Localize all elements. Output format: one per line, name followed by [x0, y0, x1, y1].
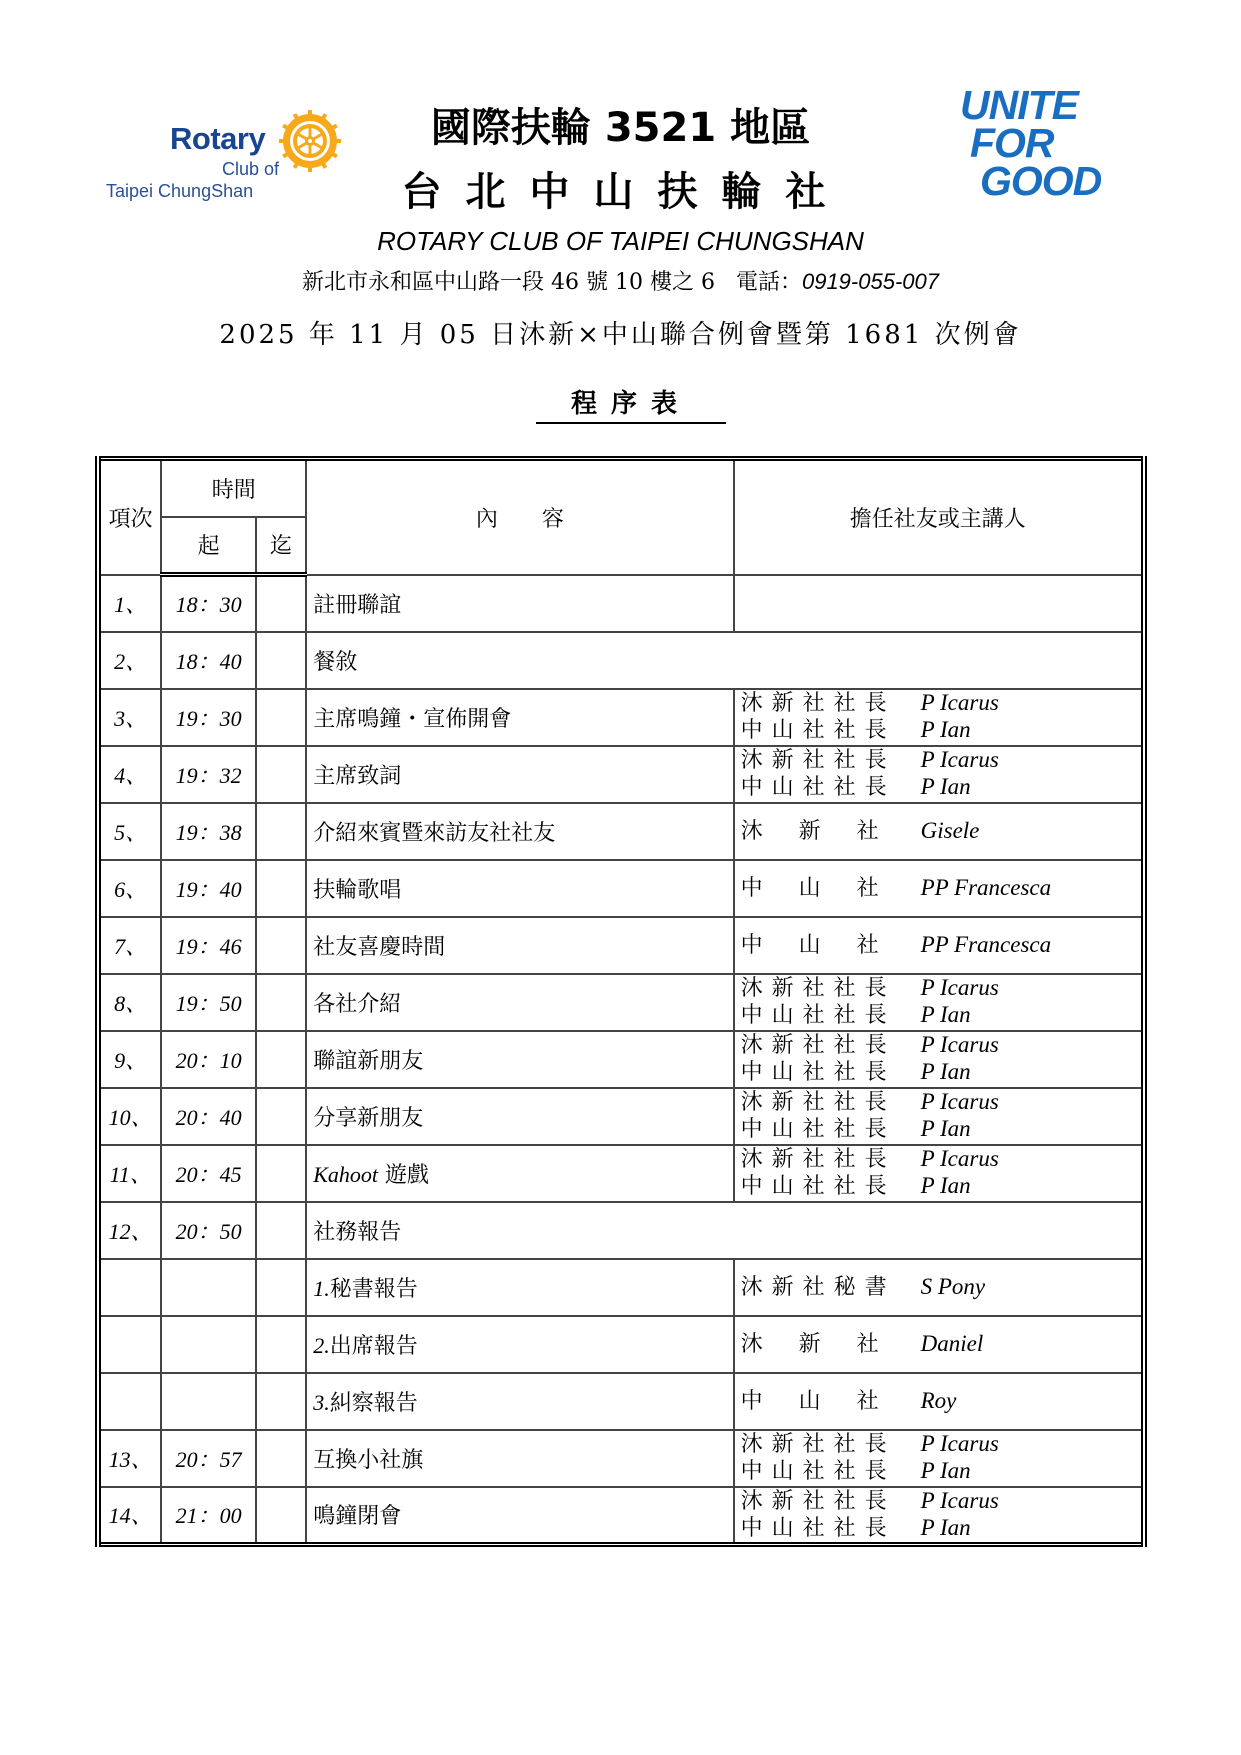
person-name: P Icarus: [921, 1488, 999, 1513]
person-role: 中山社社長: [741, 1117, 921, 1143]
agenda-content: 扶輪歌唱: [306, 860, 733, 917]
person-line: 沐新社社長P Icarus: [741, 975, 1137, 1002]
content-text: 分享新朋友: [313, 1106, 423, 1131]
responsible-person: 沐新社社長P Icarus中山社社長P Ian: [734, 1145, 1144, 1202]
start-time: [161, 1316, 256, 1373]
person-role: 沐新社社長: [741, 976, 921, 1002]
person-role: 中山社社長: [741, 718, 921, 744]
address: 新北市永和區中山路一段 46 號 10 樓之 6: [302, 270, 715, 295]
person-role: 中山社: [741, 876, 921, 902]
content-text: 遊戲: [385, 1163, 429, 1188]
end-time: [256, 1088, 306, 1145]
item-number: 7、: [98, 917, 161, 974]
item-number: 9、: [98, 1031, 161, 1088]
item-number: 11、: [98, 1145, 161, 1202]
person-line: 中山社PP Francesca: [741, 932, 1137, 959]
person-name: P Ian: [921, 717, 971, 742]
start-time: 19：32: [161, 746, 256, 803]
table-row: 1、18：30註冊聯誼: [98, 575, 1144, 632]
responsible-person: 沐新社社長P Icarus中山社社長P Ian: [734, 1487, 1144, 1545]
person-line: 中山社社長P Ian: [741, 1059, 1137, 1086]
header-person: 擔任社友或主講人: [734, 459, 1144, 575]
table-row: 1.秘書報告沐新社秘書S Pony: [98, 1259, 1144, 1316]
person-line: 沐新社社長P Icarus: [741, 1431, 1137, 1458]
item-number: 5、: [98, 803, 161, 860]
responsible-person: 沐新社社長P Icarus中山社社長P Ian: [734, 1430, 1144, 1487]
person-line: 中山社社長P Ian: [741, 1116, 1137, 1143]
person-role: 中山社: [741, 933, 921, 959]
agenda-content: 分享新朋友: [306, 1088, 733, 1145]
end-time: [256, 746, 306, 803]
item-number: 8、: [98, 974, 161, 1031]
responsible-person: 中山社PP Francesca: [734, 917, 1144, 974]
table-row: 4、19：32主席致詞沐新社社長P Icarus中山社社長P Ian: [98, 746, 1144, 803]
end-time: [256, 860, 306, 917]
person-name: PP Francesca: [921, 875, 1052, 900]
end-time: [256, 1259, 306, 1316]
end-time: [256, 803, 306, 860]
agenda-content: 聯誼新朋友: [306, 1031, 733, 1088]
person-line: 中山社社長P Ian: [741, 1458, 1137, 1485]
end-time: [256, 1487, 306, 1545]
person-role: 沐新社社長: [741, 1090, 921, 1116]
person-role: 中山社社長: [741, 775, 921, 801]
content-text: 各社介紹: [313, 992, 401, 1017]
start-time: 19：46: [161, 917, 256, 974]
content-prefix: 1.: [313, 1276, 330, 1301]
person-name: P Icarus: [921, 1431, 999, 1456]
phone-label: 電話：: [736, 270, 802, 295]
item-number: [98, 1316, 161, 1373]
start-time: 18：30: [161, 575, 256, 632]
end-time: [256, 1316, 306, 1373]
person-name: P Ian: [921, 1059, 971, 1084]
person-role: 中山社社長: [741, 1060, 921, 1086]
agenda-content: 各社介紹: [306, 974, 733, 1031]
table-row: 12、20：50社務報告: [98, 1202, 1144, 1259]
end-time: [256, 1145, 306, 1202]
item-number: 6、: [98, 860, 161, 917]
header-content: 內 容: [306, 459, 733, 575]
content-text: 互換小社旗: [313, 1448, 423, 1473]
agenda-content: 鳴鐘閉會: [306, 1487, 733, 1545]
table-row: 8、19：50各社介紹沐新社社長P Icarus中山社社長P Ian: [98, 974, 1144, 1031]
responsible-person: 中山社Roy: [734, 1373, 1144, 1430]
person-role: 沐新社社長: [741, 1033, 921, 1059]
table-row: 13、20：57互換小社旗沐新社社長P Icarus中山社社長P Ian: [98, 1430, 1144, 1487]
person-role: 沐新社社長: [741, 1147, 921, 1173]
start-time: 20：45: [161, 1145, 256, 1202]
table-row: 11、20：45Kahoot 遊戲沐新社社長P Icarus中山社社長P Ian: [98, 1145, 1144, 1202]
responsible-person: [734, 575, 1144, 632]
person-name: P Icarus: [921, 1146, 999, 1171]
person-line: 沐新社社長P Icarus: [741, 690, 1137, 717]
content-text: 出席報告: [330, 1334, 418, 1359]
item-number: [98, 1259, 161, 1316]
table-row: 10、20：40分享新朋友沐新社社長P Icarus中山社社長P Ian: [98, 1088, 1144, 1145]
agenda-content: 主席致詞: [306, 746, 733, 803]
agenda-content: 互換小社旗: [306, 1430, 733, 1487]
responsible-person: 沐新社Gisele: [734, 803, 1144, 860]
responsible-person: 沐新社社長P Icarus中山社社長P Ian: [734, 746, 1144, 803]
person-role: 中山社社長: [741, 1516, 921, 1542]
start-time: 20：10: [161, 1031, 256, 1088]
program-rows: 1、18：30註冊聯誼2、18：40餐敘3、19：30主席鳴鐘・宣佈開會沐新社社…: [98, 575, 1144, 1545]
agenda-content: 2.出席報告: [306, 1316, 733, 1373]
item-number: 1、: [98, 575, 161, 632]
content-text: 介紹來賓暨來訪友社社友: [313, 821, 555, 846]
person-line: 沐新社Daniel: [741, 1331, 1137, 1358]
district-title: 國際扶輪 3521 地區: [0, 96, 1241, 153]
person-role: 中山社: [741, 1389, 921, 1415]
club-title: 台北中山扶輪社: [0, 160, 1241, 217]
person-role: 沐新社社長: [741, 748, 921, 774]
start-time: 19：40: [161, 860, 256, 917]
header-end: 迄: [256, 517, 306, 575]
content-text: 社友喜慶時間: [313, 935, 445, 960]
start-time: [161, 1373, 256, 1430]
person-line: 沐新社社長P Icarus: [741, 747, 1137, 774]
header-item-no: 項次: [98, 459, 161, 575]
table-row: 7、19：46社友喜慶時間中山社PP Francesca: [98, 917, 1144, 974]
responsible-person: 沐新社社長P Icarus中山社社長P Ian: [734, 974, 1144, 1031]
end-time: [256, 917, 306, 974]
person-line: 沐新社秘書S Pony: [741, 1274, 1137, 1301]
content-text: 註冊聯誼: [313, 593, 401, 618]
person-name: P Icarus: [921, 975, 999, 1000]
person-line: 中山社社長P Ian: [741, 774, 1137, 801]
start-time: 18：40: [161, 632, 256, 689]
phone-number: 0919-055-007: [802, 269, 939, 294]
start-time: 19：50: [161, 974, 256, 1031]
end-time: [256, 575, 306, 632]
start-time: 20：50: [161, 1202, 256, 1259]
agenda-content: 1.秘書報告: [306, 1259, 733, 1316]
end-time: [256, 1031, 306, 1088]
table-row: 5、19：38介紹來賓暨來訪友社社友沐新社Gisele: [98, 803, 1144, 860]
person-name: P Ian: [921, 1515, 971, 1540]
agenda-content: 註冊聯誼: [306, 575, 733, 632]
agenda-content: 餐敘: [306, 632, 1144, 689]
agenda-content: 主席鳴鐘・宣佈開會: [306, 689, 733, 746]
content-text: 糾察報告: [330, 1391, 418, 1416]
end-time: [256, 974, 306, 1031]
person-line: 沐新社社長P Icarus: [741, 1032, 1137, 1059]
table-row: 3.糾察報告中山社Roy: [98, 1373, 1144, 1430]
responsible-person: 沐新社社長P Icarus中山社社長P Ian: [734, 1031, 1144, 1088]
program-title: 程序表: [536, 383, 726, 424]
content-prefix: 2.: [313, 1333, 330, 1358]
person-name: P Ian: [921, 1173, 971, 1198]
person-name: P Icarus: [921, 690, 999, 715]
person-name: P Icarus: [921, 1089, 999, 1114]
responsible-person: 沐新社秘書S Pony: [734, 1259, 1144, 1316]
person-line: 中山社PP Francesca: [741, 875, 1137, 902]
table-row: 14、21：00鳴鐘閉會沐新社社長P Icarus中山社社長P Ian: [98, 1487, 1144, 1545]
agenda-content: Kahoot 遊戲: [306, 1145, 733, 1202]
person-name: P Icarus: [921, 1032, 999, 1057]
agenda-content: 社友喜慶時間: [306, 917, 733, 974]
person-name: P Ian: [921, 774, 971, 799]
agenda-content: 3.糾察報告: [306, 1373, 733, 1430]
content-text: 扶輪歌唱: [313, 878, 401, 903]
person-line: 中山社社長P Ian: [741, 1173, 1137, 1200]
content-text: 鳴鐘閉會: [313, 1504, 401, 1529]
content-prefix: Kahoot: [313, 1162, 378, 1187]
content-text: 餐敘: [313, 650, 357, 675]
item-number: 13、: [98, 1430, 161, 1487]
content-text: 主席鳴鐘・宣佈開會: [313, 707, 511, 732]
content-text: 秘書報告: [330, 1277, 418, 1302]
item-number: 2、: [98, 632, 161, 689]
header-start: 起: [161, 517, 256, 575]
agenda-content: 介紹來賓暨來訪友社社友: [306, 803, 733, 860]
person-name: S Pony: [921, 1274, 986, 1299]
person-role: 中山社社長: [741, 1174, 921, 1200]
responsible-person: 沐新社Daniel: [734, 1316, 1144, 1373]
club-english-name: ROTARY CLUB OF TAIPEI CHUNGSHAN: [0, 226, 1241, 257]
end-time: [256, 1373, 306, 1430]
person-line: 中山社社長P Ian: [741, 717, 1137, 744]
responsible-person: 中山社PP Francesca: [734, 860, 1144, 917]
responsible-person: 沐新社社長P Icarus中山社社長P Ian: [734, 689, 1144, 746]
person-role: 沐新社: [741, 1332, 921, 1358]
content-text: 社務報告: [313, 1220, 401, 1245]
person-line: 中山社社長P Ian: [741, 1515, 1137, 1542]
end-time: [256, 632, 306, 689]
person-line: 沐新社社長P Icarus: [741, 1089, 1137, 1116]
person-line: 沐新社Gisele: [741, 818, 1137, 845]
table-row: 6、19：40扶輪歌唱中山社PP Francesca: [98, 860, 1144, 917]
start-time: 19：38: [161, 803, 256, 860]
end-time: [256, 1202, 306, 1259]
item-number: 12、: [98, 1202, 161, 1259]
end-time: [256, 1430, 306, 1487]
person-name: PP Francesca: [921, 932, 1052, 957]
start-time: 21：00: [161, 1487, 256, 1545]
program-table: 項次 時間 內 容 擔任社友或主講人 起 迄 1、18：30註冊聯誼2、18：4…: [95, 456, 1147, 1547]
person-name: P Ian: [921, 1116, 971, 1141]
person-role: 中山社社長: [741, 1459, 921, 1485]
item-number: 14、: [98, 1487, 161, 1545]
item-number: 10、: [98, 1088, 161, 1145]
person-role: 沐新社社長: [741, 1489, 921, 1515]
item-number: 4、: [98, 746, 161, 803]
person-line: 中山社Roy: [741, 1388, 1137, 1415]
item-number: [98, 1373, 161, 1430]
meeting-title: 2025 年 11 月 05 日沐新×中山聯合例會暨第 1681 次例會: [0, 314, 1241, 351]
person-name: Roy: [921, 1388, 957, 1413]
header-time: 時間: [161, 459, 306, 517]
content-prefix: 3.: [313, 1390, 330, 1415]
person-name: P Ian: [921, 1458, 971, 1483]
content-text: 聯誼新朋友: [313, 1049, 423, 1074]
person-role: 中山社社長: [741, 1003, 921, 1029]
person-name: P Icarus: [921, 747, 999, 772]
start-time: 19：30: [161, 689, 256, 746]
start-time: [161, 1259, 256, 1316]
person-role: 沐新社社長: [741, 691, 921, 717]
agenda-content: 社務報告: [306, 1202, 1144, 1259]
responsible-person: 沐新社社長P Icarus中山社社長P Ian: [734, 1088, 1144, 1145]
person-name: P Ian: [921, 1002, 971, 1027]
person-name: Gisele: [921, 818, 980, 843]
end-time: [256, 689, 306, 746]
address-line: 新北市永和區中山路一段 46 號 10 樓之 6 電話：0919-055-007: [0, 265, 1241, 296]
person-line: 沐新社社長P Icarus: [741, 1488, 1137, 1515]
person-role: 沐新社秘書: [741, 1275, 921, 1301]
table-row: 2.出席報告沐新社Daniel: [98, 1316, 1144, 1373]
table-row: 2、18：40餐敘: [98, 632, 1144, 689]
person-line: 沐新社社長P Icarus: [741, 1146, 1137, 1173]
person-name: Daniel: [921, 1331, 984, 1356]
item-number: 3、: [98, 689, 161, 746]
start-time: 20：57: [161, 1430, 256, 1487]
person-line: 中山社社長P Ian: [741, 1002, 1137, 1029]
start-time: 20：40: [161, 1088, 256, 1145]
person-role: 沐新社社長: [741, 1432, 921, 1458]
table-row: 3、19：30主席鳴鐘・宣佈開會沐新社社長P Icarus中山社社長P Ian: [98, 689, 1144, 746]
person-role: 沐新社: [741, 819, 921, 845]
content-text: 主席致詞: [313, 764, 401, 789]
table-row: 9、20：10聯誼新朋友沐新社社長P Icarus中山社社長P Ian: [98, 1031, 1144, 1088]
